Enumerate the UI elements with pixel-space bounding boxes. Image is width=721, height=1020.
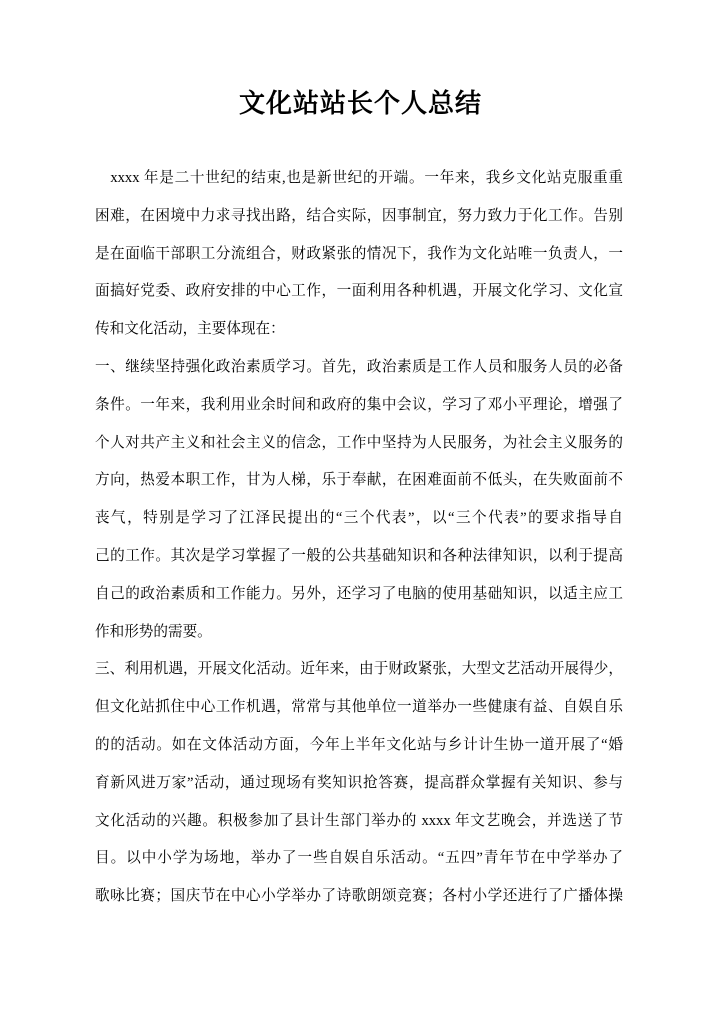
text-line: 育新风进万家”活动，通过现场有奖知识抢答赛，提高群众掌握有关知识、参与	[95, 765, 623, 803]
paragraph: 三、利用机遇，开展文化活动。近年来，由于财政紧张，大型文艺活动开展得少， 但文化…	[95, 651, 623, 916]
document-page: 文化站站长个人总结 xxxx 年是二十世纪的结束,也是新世纪的开端。一年来，我乡…	[0, 0, 721, 1020]
text-line: 面搞好党委、政府安排的中心工作，一面利用各种机遇，开展文化学习、文化宣	[95, 273, 623, 311]
text-line: 传和文化活动，主要体现在：	[95, 311, 623, 349]
document-body: xxxx 年是二十世纪的结束,也是新世纪的开端。一年来，我乡文化站克服重重 困难…	[95, 160, 623, 916]
text-line: 但文化站抓住中心工作机遇，常常与其他单位一道举办一些健康有益、自娱自乐	[95, 689, 623, 727]
document-title: 文化站站长个人总结	[0, 84, 721, 124]
text-line: 歌咏比赛；国庆节在中心小学举办了诗歌朗颂竞赛；各村小学还进行了广播体操	[95, 878, 623, 916]
text-line: 目。以中小学为场地，举办了一些自娱自乐活动。“五四”青年节在中学举办了	[95, 840, 623, 878]
text-line: 是在面临干部职工分流组合，财政紧张的情况下，我作为文化站唯一负责人，一	[95, 236, 623, 274]
text-line: 丧气，特别是学习了江泽民提出的“三个代表”，以“三个代表”的要求指导自	[95, 500, 623, 538]
text-line: 三、利用机遇，开展文化活动。近年来，由于财政紧张，大型文艺活动开展得少，	[95, 651, 623, 689]
text-line: xxxx 年是二十世纪的结束,也是新世纪的开端。一年来，我乡文化站克服重重	[95, 160, 623, 198]
text-line: 条件。一年来，我利用业余时间和政府的集中会议，学习了邓小平理论，增强了	[95, 387, 623, 425]
text-line: 困难，在困境中力求寻找出路，结合实际，因事制宜，努力致力于化工作。告别	[95, 198, 623, 236]
paragraph: 一、继续坚持强化政治素质学习。首先，政治素质是工作人员和服务人员的必备 条件。一…	[95, 349, 623, 651]
text-line: 文化活动的兴趣。积极参加了县计生部门举办的 xxxx 年文艺晚会，并选送了节	[95, 803, 623, 841]
text-line: 作和形势的需要。	[95, 614, 623, 652]
text-line: 一、继续坚持强化政治素质学习。首先，政治素质是工作人员和服务人员的必备	[95, 349, 623, 387]
paragraph: xxxx 年是二十世纪的结束,也是新世纪的开端。一年来，我乡文化站克服重重 困难…	[95, 160, 623, 349]
text-line: 个人对共产主义和社会主义的信念，工作中坚持为人民服务，为社会主义服务的	[95, 425, 623, 463]
text-line: 方向，热爱本职工作，甘为人梯，乐于奉献，在困难面前不低头，在失败面前不	[95, 462, 623, 500]
text-line: 的的活动。如在文体活动方面，今年上半年文化站与乡计计生协一道开展了“婚	[95, 727, 623, 765]
text-line: 自己的政治素质和工作能力。另外，还学习了电脑的使用基础知识，以适主应工	[95, 576, 623, 614]
text-line: 己的工作。其次是学习掌握了一般的公共基础知识和各种法律知识，以利于提高	[95, 538, 623, 576]
